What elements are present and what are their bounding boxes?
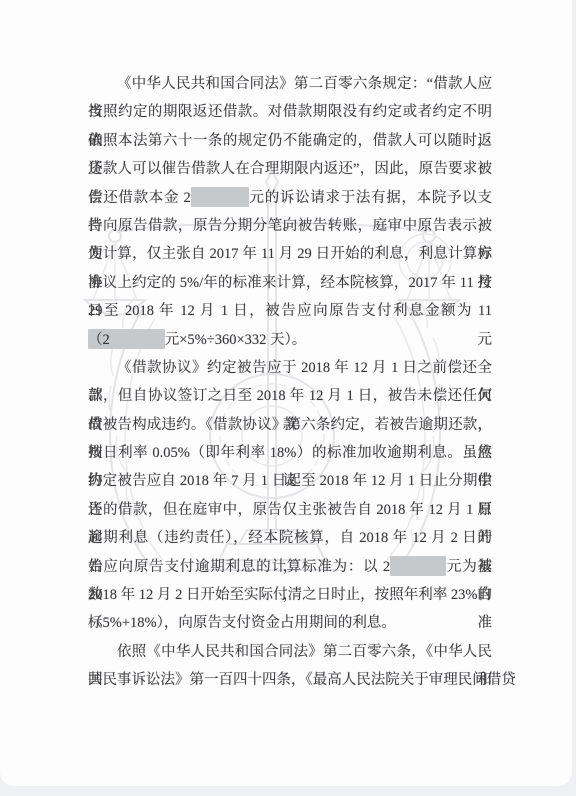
text-line: 偿还借款本金 2元的诉讼请求于法有据，本院予以支持。被 (88, 184, 492, 212)
redaction-box (191, 187, 249, 207)
text-line: 协议上约定的 5%/年的标准来计算，经本院核算，2017 年 11 月 29 (88, 269, 492, 297)
text-line: 国民事诉讼法》第一百四十四条，《最高人民法院关于审理民间借贷 (88, 666, 492, 694)
text-line: 告的借款，但在庭审中，原告仅主张被告自 2018 年 12 月 1 日起的 (88, 496, 492, 524)
text-line: 约定被告应自 2018 年 7 月 1 日起至 2018 年 12 月 1 日止… (88, 467, 492, 495)
text-line: 贷款人可以催告借款人在合理期限内返还”，因此，原告要求被告 (88, 155, 492, 183)
text-line: 故被告构成违约。《借款协议》第六条约定，若被告逾期还款，则应 (88, 411, 492, 439)
redaction-box (390, 556, 446, 576)
text-line: 款，但自协议签订之日至 2018 年 12 月 1 日，被告未偿还任何借款， (88, 382, 492, 410)
text-line: 2018 年 12 月 2 日开始至实际付清之日时止，按照年利率 23%的标准 (88, 581, 492, 609)
text-line: 《中华人民共和国合同法》第二百零六条规定：“借款人应当 (88, 70, 492, 98)
document-page: 《中华人民共和国合同法》第二百零六条规定：“借款人应当按照约定的期限返还借款。对… (0, 0, 572, 786)
text-line: 按日利率 0.05%（即年利率 18%）的标准加收逾期利息。虽然协议中 (88, 439, 492, 467)
text-line: 日至 2018 年 12 月 1 日，被告应向原告支付利息金额为 11元 (88, 297, 492, 325)
text-line: 依照本法第六十一条的规定仍不能确定的，借款人可以随时返还； (88, 127, 492, 155)
text-line: 告向原告借款，原告分期分笔向被告转账，庭审中原告表示，为方 (88, 212, 492, 240)
redaction-box (110, 329, 165, 349)
text-line: 《借款协议》约定被告应于 2018 年 12 月 1 日之前偿还全部欠 (88, 354, 492, 382)
text-line: 依照《中华人民共和国合同法》第二百零六条，《中华人民共和 (88, 638, 492, 666)
screenshot-root: { "page": { "kind": "court-judgment-scan… (0, 0, 576, 796)
text-block: 《中华人民共和国合同法》第二百零六条规定：“借款人应当按照约定的期限返还借款。对… (88, 70, 492, 695)
text-line: 便计算，仅主张自 2017 年 11 月 29 日开始的利息，利息计算标准按 (88, 240, 492, 268)
text-line: 告应向原告支付逾期利息的计算标准为：以 2元为基数，自 (88, 553, 492, 581)
text-line: 按照约定的期限返还借款。对借款期限没有约定或者约定不明确， (88, 98, 492, 126)
text-line: 逾期利息（违约责任），经本院核算，自 2018 年 12 月 2 日开始，被 (88, 524, 492, 552)
